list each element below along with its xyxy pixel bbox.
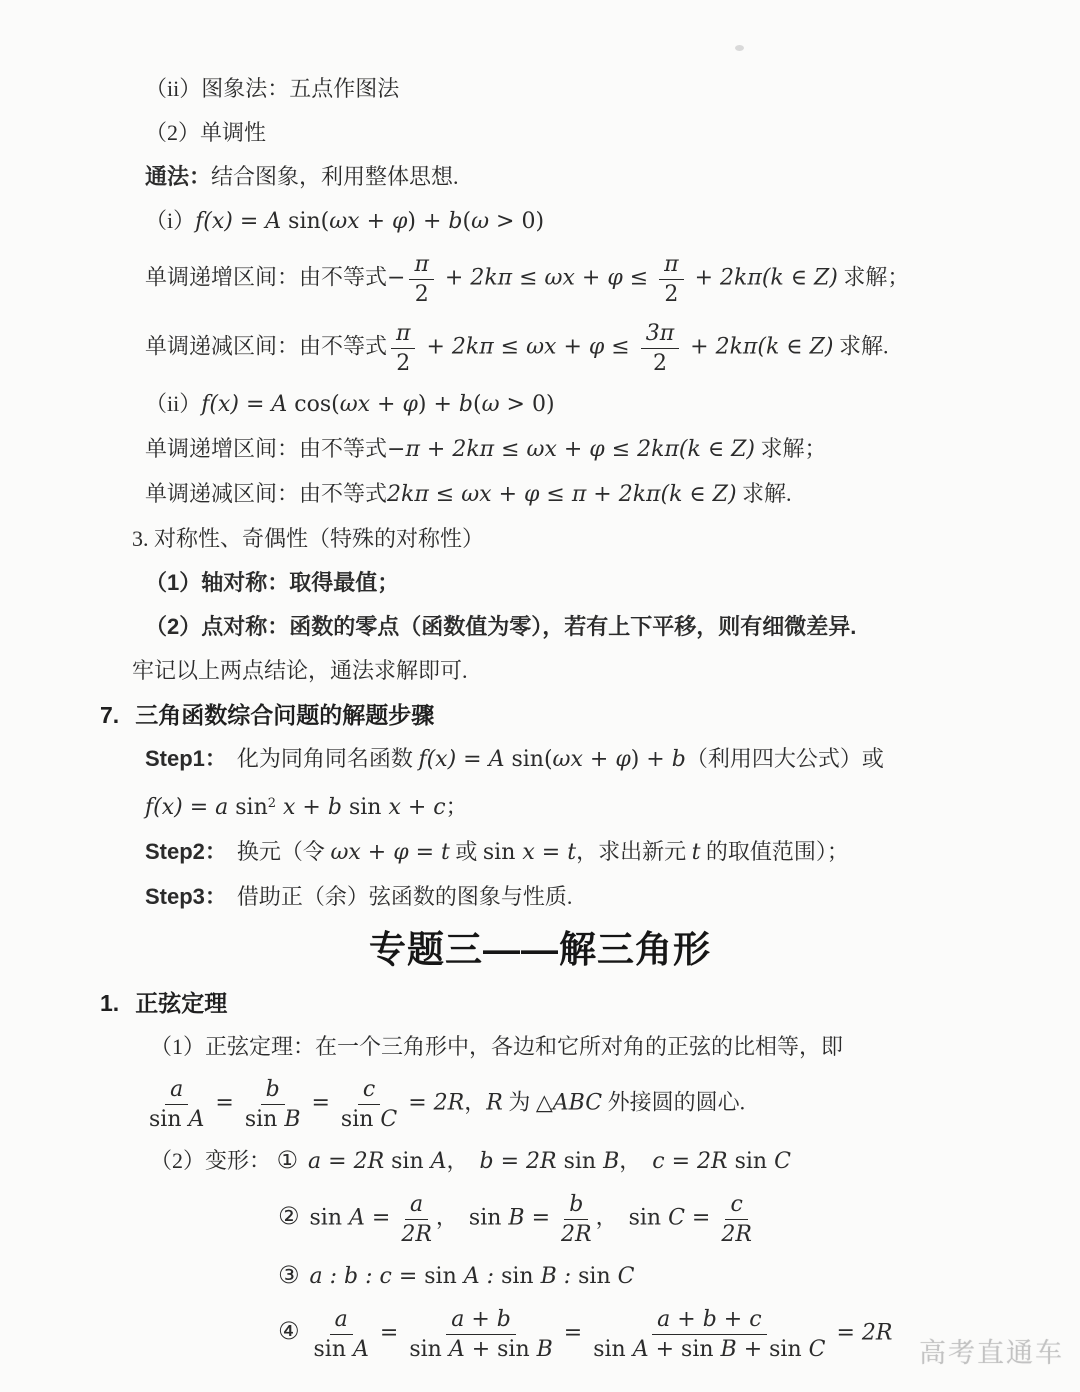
section-7-number: 7. xyxy=(100,700,119,730)
section-7-title: 三角函数综合问题的解题步骤 xyxy=(135,702,434,728)
line-monotonicity: （2）单调性 xyxy=(145,118,1080,148)
watermark: 高考直通车 xyxy=(919,1331,1064,1370)
line-general-method: 通法：结合图象，利用整体思想. xyxy=(145,162,1080,192)
document-content: （ii）图象法：五点作图法 （2）单调性 通法：结合图象，利用整体思想. （i）… xyxy=(0,0,1080,1363)
formula-sin-function: （i）f(x) = A sin(ωx + φ) + b(ω > 0) xyxy=(145,206,1080,237)
section-1-title: 正弦定理 xyxy=(135,990,227,1016)
line-symmetry-parity: 3. 对称性、奇偶性（特殊的对称性） xyxy=(132,524,1080,554)
heading-section-7: 7.三角函数综合问题的解题步骤 xyxy=(100,700,1080,730)
formula-sin-decreasing: 单调递减区间：由不等式π2 + 2kπ ≤ ωx + φ ≤ 3π2 + 2kπ… xyxy=(145,320,1080,377)
formula-sine-law: asin A = bsin B = csin C = 2R，R 为 △ABC 外… xyxy=(145,1076,1080,1133)
formula-step1: Step1：化为同角同名函数 f(x) = A sin(ωx + φ) + b（… xyxy=(145,744,1080,775)
line-point-symmetry: （2）点对称：函数的零点（函数值为零），若有上下平移，则有细微差异. xyxy=(145,612,1080,642)
formula-step2: Step2：换元（令 ωx + φ = t 或 sin x = t，求出新元 t… xyxy=(145,837,1080,868)
formula-cos-increasing: 单调递增区间：由不等式−π + 2kπ ≤ ωx + φ ≤ 2kπ(k ∈ Z… xyxy=(145,434,1080,465)
formula-cos-decreasing: 单调递减区间：由不等式2kπ ≤ ωx + φ ≤ π + 2kπ(k ∈ Z)… xyxy=(145,479,1080,510)
line-sine-law-intro: （1）正弦定理：在一个三角形中，各边和它所对角的正弦的比相等，即 xyxy=(150,1032,1080,1062)
formula-transform-2: ②sin A = a2R， sin B = b2R， sin C = c2R xyxy=(278,1191,1080,1248)
formula-cos-function: （ii）f(x) = A cos(ωx + φ) + b(ω > 0) xyxy=(145,389,1080,420)
general-method-text: 结合图象，利用整体思想. xyxy=(211,164,459,189)
formula-transform-3: ③a : b : c = sin A : sin B : sin C xyxy=(278,1260,1080,1292)
page-title: 专题三——解三角形 xyxy=(0,926,1080,974)
formula-step3: Step3：借助正（余）弦函数的图象与性质. xyxy=(145,882,1080,912)
heading-section-1: 1.正弦定理 xyxy=(100,988,1080,1018)
general-method-label: 通法： xyxy=(145,164,211,189)
document-page: （ii）图象法：五点作图法 （2）单调性 通法：结合图象，利用整体思想. （i）… xyxy=(0,0,1080,1392)
line-remember-note: 牢记以上两点结论，通法求解即可. xyxy=(132,656,1080,686)
line-axis-symmetry: （1）轴对称：取得最值； xyxy=(145,568,1080,598)
formula-sin-increasing: 单调递增区间：由不等式−π2 + 2kπ ≤ ωx + φ ≤ π2 + 2kπ… xyxy=(145,251,1080,308)
line-graph-method: （ii）图象法：五点作图法 xyxy=(145,74,1080,104)
scan-artifact-dot xyxy=(735,45,744,51)
section-1-number: 1. xyxy=(100,988,119,1018)
formula-transform-1: （2）变形： ①a = 2R sin A， b = 2R sin B， c = … xyxy=(150,1145,1080,1177)
formula-step1-continued: f(x) = a sin2 x + b sin x + c； xyxy=(145,789,1080,823)
